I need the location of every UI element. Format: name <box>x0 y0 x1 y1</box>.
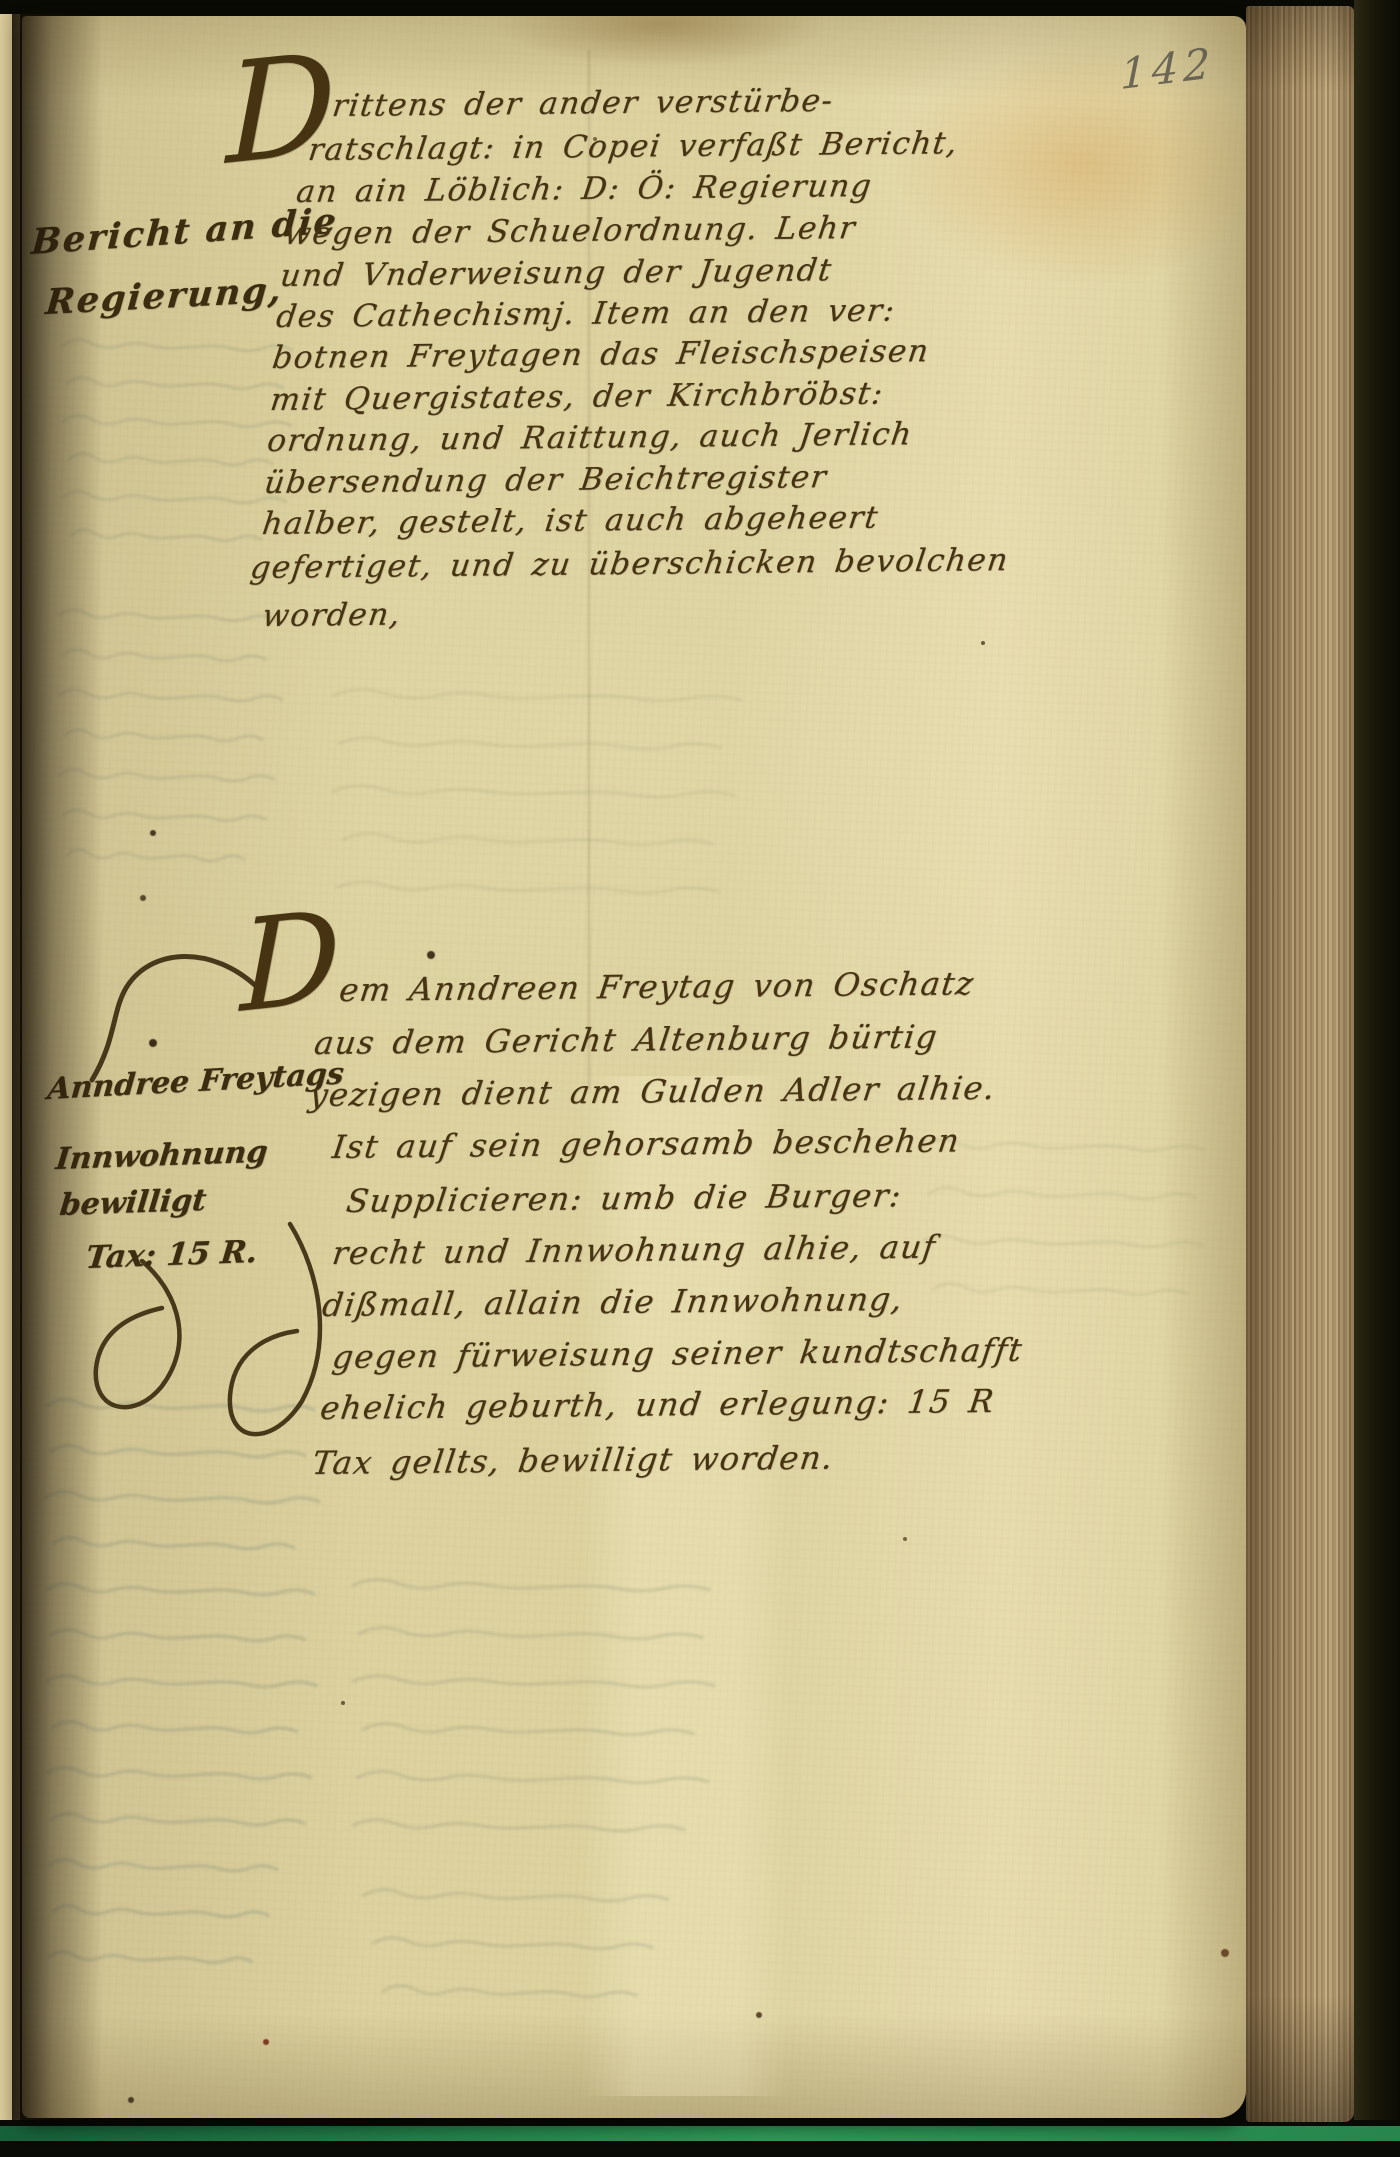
initial-capital-d: D <box>240 893 340 1030</box>
photo-backdrop: 142 Bericht an die Regierung, Anndree Fr… <box>0 0 1400 2157</box>
manuscript-line: und Vnderweisung der Jugendt <box>278 252 835 295</box>
manuscript-line: an ain Löblich: D: Ö: Regierung <box>294 168 874 211</box>
manuscript-line: rittens der ander verstürbe- <box>330 83 836 125</box>
manuscript-line: gegen fürweisung seiner kundtschafft <box>330 1331 1025 1377</box>
manuscript-line: dißmall, allain die Innwohnung, <box>320 1280 906 1324</box>
manuscript-line: Ist auf sein gehorsamb beschehen <box>330 1121 963 1166</box>
book-cover-edge <box>1354 0 1400 2120</box>
manuscript-line: botnen Freytagen das Fleischspeisen <box>270 333 932 377</box>
manuscript-line: halber, gestelt, ist auch abgeheert <box>260 500 881 544</box>
book-fore-edge <box>1246 6 1354 2122</box>
green-table-stripe <box>0 2126 1400 2141</box>
manuscript-line: em Anndreen Freytag von Oschatz <box>337 964 977 1009</box>
manuscript-line: mit Quergistates, der Kirchbröbst: <box>268 376 886 420</box>
manuscript-line: ehelich geburth, und erlegung: 15 R <box>318 1382 997 1427</box>
manuscript-line: wegen der Schuelordnung. Lehr <box>282 210 858 253</box>
manuscript-line: Supplicieren: umb die Burger: <box>344 1176 904 1220</box>
margin-note-freytag-line-4: Tax: 15 R. <box>84 1234 259 1276</box>
manuscript-line: gefertiget, und zu überschicken bevolche… <box>248 542 1011 587</box>
manuscript-line: yezigen dient am Gulden Adler alhie. <box>307 1069 998 1115</box>
manuscript-line: aus dem Gericht Altenburg bürtig <box>312 1017 940 1062</box>
gutter-shadow <box>12 14 102 2120</box>
manuscript-line: recht und Innwohnung alhie, auf <box>330 1228 939 1273</box>
manuscript-line: Tax gellts, bewilligt worden. <box>310 1439 836 1483</box>
folio-number: 142 <box>1120 38 1215 99</box>
manuscript-page: 142 Bericht an die Regierung, Anndree Fr… <box>22 16 1246 2118</box>
manuscript-line: ratschlagt: in Copei verfaßt Bericht, <box>306 125 960 169</box>
manuscript-line: des Cathechismj. Item an den ver: <box>274 293 898 337</box>
manuscript-line: worden, <box>260 597 404 636</box>
manuscript-line: übersendung der Beichtregister <box>262 459 829 502</box>
manuscript-line: ordnung, und Raittung, auch Jerlich <box>265 416 915 460</box>
